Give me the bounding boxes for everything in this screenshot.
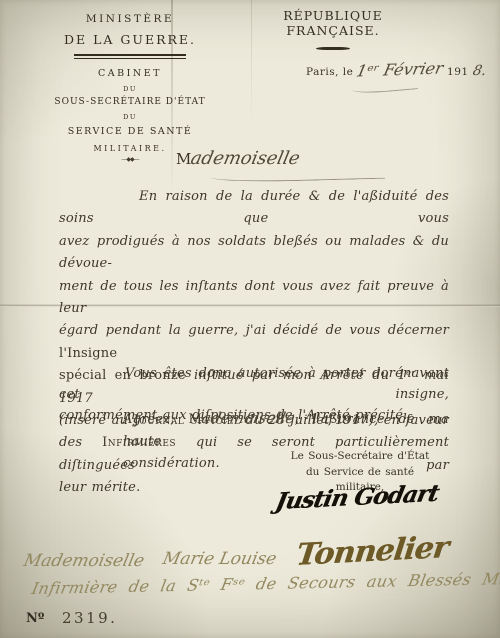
numero-label: Nº [26, 611, 44, 626]
closing-text: Agréez, [123, 412, 188, 427]
dateline: Paris, le 1ᵉʳ Février 191 8. [306, 60, 486, 79]
letter-document: MINISTÈRE DE LA GUERRE. CABINET DU SOUS-… [0, 0, 500, 638]
republique-rule [316, 47, 350, 50]
body-line: ment de tous les inſtants dont vous avez… [59, 276, 449, 321]
body-line: En raison de la durée & de l'aßiduité de… [59, 186, 449, 231]
body-line: Vous êtes donc autorisée à porter doréna… [59, 363, 449, 405]
closing-handwritten: ademoiselle [200, 407, 297, 429]
republique-header: RÉPUBLIQUE FRANÇAISE. [240, 8, 426, 50]
salutation: Mademoiselle [176, 148, 300, 169]
letterhead-rule [74, 54, 186, 59]
salutation-handwritten: ademoiselle [189, 148, 302, 169]
du-line: DU [52, 113, 208, 121]
body-text: égard pendant la guerre, j'ai décidé de … [59, 323, 449, 338]
recipient-role-line: Infirmière de la Sᵗᵉ Fˢᵉ de Secours aux … [30, 569, 500, 598]
body-line: avez prodigués à nos soldats bleßés ou m… [59, 231, 449, 276]
body-text: des [59, 435, 102, 450]
year-digit-handwritten: 8. [471, 63, 488, 79]
numero-stamp: 2319. [62, 609, 117, 627]
pen-flourish-date [352, 83, 418, 95]
date-handwritten: 1ᵉʳ Février [355, 59, 445, 81]
body-line: égard pendant la guerre, j'ai décidé de … [59, 320, 449, 365]
sous-secretaire-line: SOUS-SECRÉTAIRE D'ÉTAT [52, 97, 208, 107]
date-printed-prefix: Paris, le [306, 66, 353, 78]
signatory-title-line1: Le Sous-Secrétaire d'État [285, 449, 435, 465]
cabinet-line: CABINET [52, 68, 208, 79]
year-printed: 191 [447, 66, 469, 78]
pen-flourish-salutation [210, 172, 385, 184]
recipient-first-names: Marie Louise [161, 549, 279, 569]
ministry-title: MINISTÈRE [52, 13, 208, 25]
closing-line: Agréez, Mademoiselle, l'aßurance de ma h… [123, 407, 449, 453]
republique-title: RÉPUBLIQUE FRANÇAISE. [240, 8, 426, 38]
ministry-subtitle: DE LA GUERRE. [52, 32, 208, 47]
recipient-surname: Tonnelier [294, 530, 450, 573]
recipient-mademoiselle: Mademoiselle [22, 551, 146, 571]
service-sante-line: SERVICE DE SANTÉ [52, 126, 208, 137]
du-line: DU [52, 85, 208, 93]
body-text-roman: l'Insigne [59, 346, 117, 361]
letterhead: MINISTÈRE DE LA GUERRE. CABINET DU SOUS-… [52, 6, 208, 163]
